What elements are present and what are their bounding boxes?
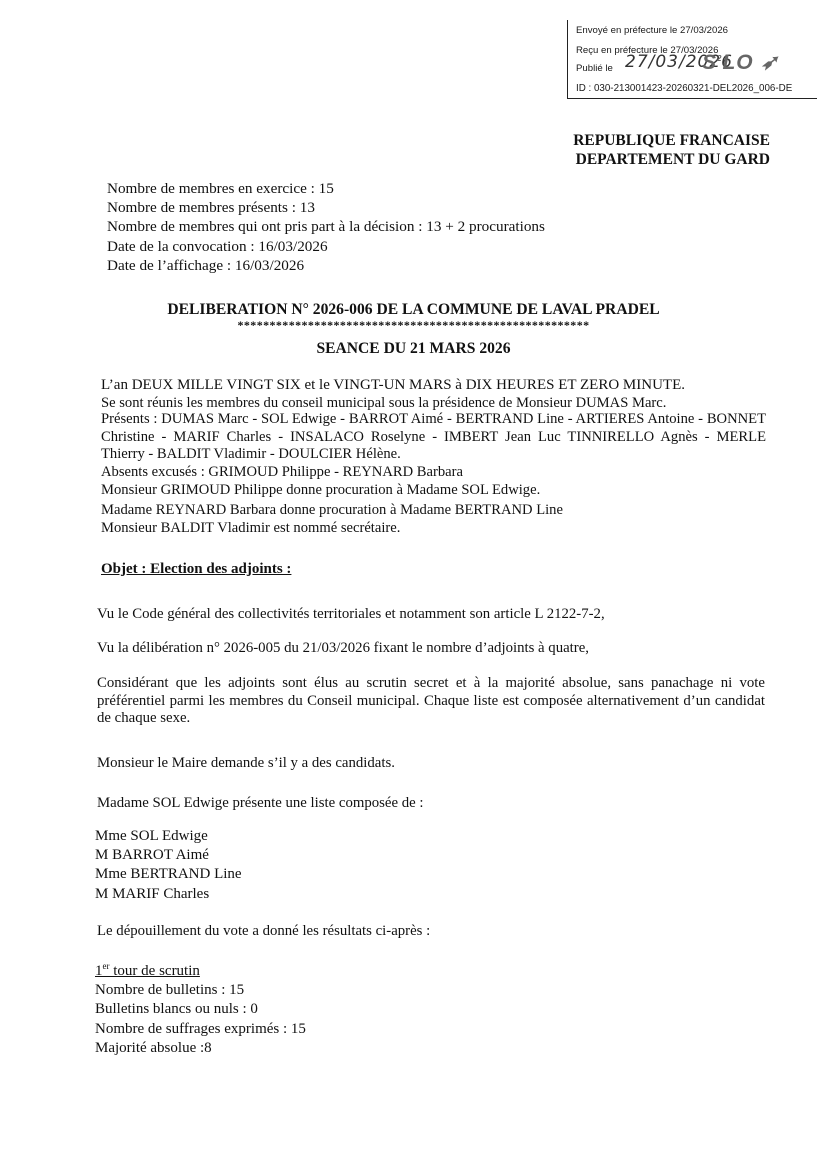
s2lo-logo-icon: S2LO ➶ [702, 50, 779, 75]
tour-label: tour de scrutin [110, 963, 200, 979]
tour-suffix: er [103, 961, 110, 971]
result-line: Majorité absolue :8 [95, 1039, 306, 1058]
header-departement: DEPARTEMENT DU GARD [576, 150, 770, 169]
separator: ****************************************… [0, 318, 827, 333]
header-republique: REPUBLIQUE FRANCAISE [573, 131, 770, 150]
results-intro: Le dépouillement du vote a donné les rés… [97, 923, 765, 940]
absents-list: Absents excusés : GRIMOUD Philippe - REY… [101, 464, 766, 481]
stamp-border-bottom [567, 98, 817, 99]
list-item: M MARIF Charles [95, 885, 242, 904]
considerant: Considérant que les adjoints sont élus a… [97, 675, 765, 728]
result-line: Bulletins blancs ou nuls : 0 [95, 1000, 306, 1019]
stamp-border-left [567, 20, 568, 98]
stat-line: Nombre de membres qui ont pris part à la… [107, 217, 545, 236]
maire-demande: Monsieur le Maire demande s’il y a des c… [97, 755, 765, 772]
deliberation-title: DELIBERATION N° 2026-006 DE LA COMMUNE D… [0, 301, 827, 319]
procuration-1: Monsieur GRIMOUD Philippe donne procurat… [101, 482, 766, 499]
result-line: Nombre de suffrages exprimés : 15 [95, 1020, 306, 1039]
results-block: 1er tour de scrutin Nombre de bulletins … [95, 957, 306, 1058]
result-line: Nombre de bulletins : 15 [95, 981, 306, 1000]
vu-code: Vu le Code général des collectivités ter… [97, 606, 765, 623]
presents-list: Présents : DUMAS Marc - SOL Edwige - BAR… [101, 411, 766, 464]
candidate-list: Mme SOL Edwige M BARROT Aimé Mme BERTRAN… [95, 827, 242, 904]
preamble-line1: L’an DEUX MILLE VINGT SIX et le VINGT-UN… [101, 377, 766, 394]
vu-deliberation: Vu la délibération n° 2026-005 du 21/03/… [97, 640, 765, 657]
list-item: Mme SOL Edwige [95, 827, 242, 846]
seance-title: SEANCE DU 21 MARS 2026 [0, 340, 827, 358]
procuration-2: Madame REYNARD Barbara donne procuration… [101, 502, 766, 519]
stamp-envoye: Envoyé en préfecture le 27/03/2026 [576, 25, 728, 36]
stat-line: Nombre de membres présents : 13 [107, 198, 545, 217]
tour-heading: 1er tour de scrutin [95, 957, 306, 981]
list-item: Mme BERTRAND Line [95, 865, 242, 884]
member-stats: Nombre de membres en exercice : 15 Nombr… [107, 179, 545, 275]
tour-number: 1 [95, 963, 103, 979]
objet-heading: Objet : Election des adjoints : [101, 561, 291, 578]
prefecture-stamp: Envoyé en préfecture le 27/03/2026 Reçu … [567, 20, 823, 98]
stat-line: Date de l’affichage : 16/03/2026 [107, 256, 545, 275]
secretaire: Monsieur BALDIT Vladimir est nommé secré… [101, 520, 766, 537]
stamp-publie-label: Publié le [576, 63, 613, 74]
stat-line: Nombre de membres en exercice : 15 [107, 179, 545, 198]
list-item: M BARROT Aimé [95, 846, 242, 865]
preamble-line2: Se sont réunis les membres du conseil mu… [101, 395, 766, 412]
stamp-id: ID : 030-213001423-20260321-DEL2026_006-… [576, 83, 792, 94]
stat-line: Date de la convocation : 16/03/2026 [107, 237, 545, 256]
liste-intro: Madame SOL Edwige présente une liste com… [97, 795, 765, 812]
